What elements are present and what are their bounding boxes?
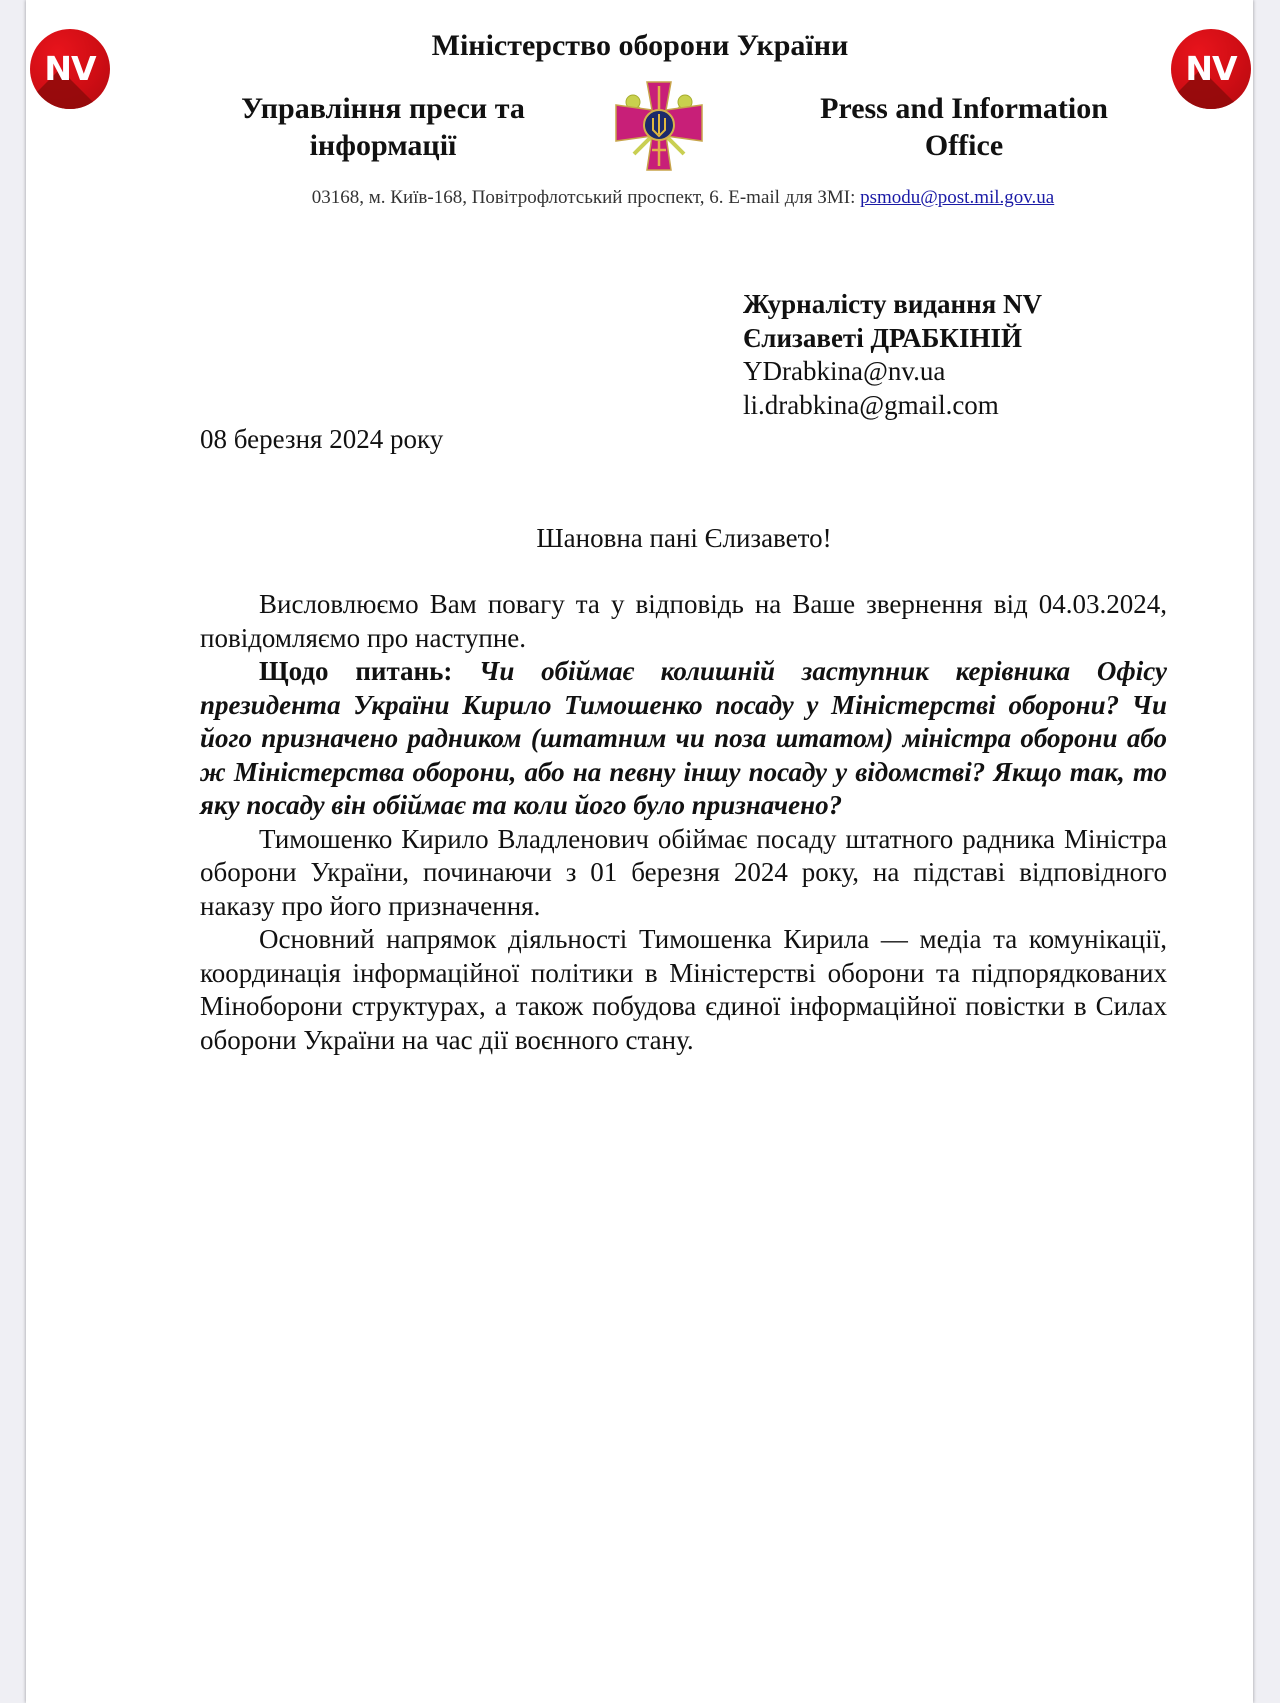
department-en-line1: Press and Information bbox=[764, 90, 1164, 127]
department-ua-line2: інформації bbox=[183, 127, 583, 164]
body-paragraph-duties: Основний напрямок діяльності Тимошенка К… bbox=[200, 923, 1167, 1057]
press-email-link[interactable]: psmodu@post.mil.gov.ua bbox=[860, 187, 1054, 208]
ministry-title: Міністерство оборони України bbox=[0, 28, 1280, 64]
department-ua-line1: Управління преси та bbox=[183, 90, 583, 127]
salutation: Шановна пані Єлизавето! bbox=[0, 522, 1280, 555]
question-label: Щодо питань: bbox=[259, 656, 479, 686]
address-text: 03168, м. Київ-168, Повітрофлотський про… bbox=[312, 187, 860, 208]
department-name-en: Press and Information Office bbox=[764, 90, 1164, 164]
department-en-line2: Office bbox=[764, 127, 1164, 164]
recipient-name: Єлизаветі ДРАБКІНІЙ bbox=[743, 322, 1042, 356]
department-name-ua: Управління преси та інформації bbox=[183, 90, 583, 164]
body-paragraph-intro: Висловлюємо Вам повагу та у відповідь на… bbox=[200, 588, 1167, 655]
recipient-block: Журналісту видання NV Єлизаветі ДРАБКІНІ… bbox=[743, 288, 1042, 422]
letter-date: 08 березня 2024 року bbox=[200, 423, 443, 456]
recipient-email-work: YDrabkina@nv.ua bbox=[743, 355, 1042, 389]
letter-body: Висловлюємо Вам повагу та у відповідь на… bbox=[200, 588, 1167, 1057]
ministry-emblem-icon bbox=[614, 80, 704, 172]
body-paragraph-question: Щодо питань: Чи обіймає колишній заступн… bbox=[200, 655, 1167, 823]
address-line: 03168, м. Київ-168, Повітрофлотський про… bbox=[0, 186, 1280, 210]
recipient-title: Журналісту видання NV bbox=[743, 288, 1042, 322]
body-paragraph-answer: Тимошенко Кирило Владленович обіймає пос… bbox=[200, 823, 1167, 924]
recipient-email-personal: li.drabkina@gmail.com bbox=[743, 389, 1042, 423]
